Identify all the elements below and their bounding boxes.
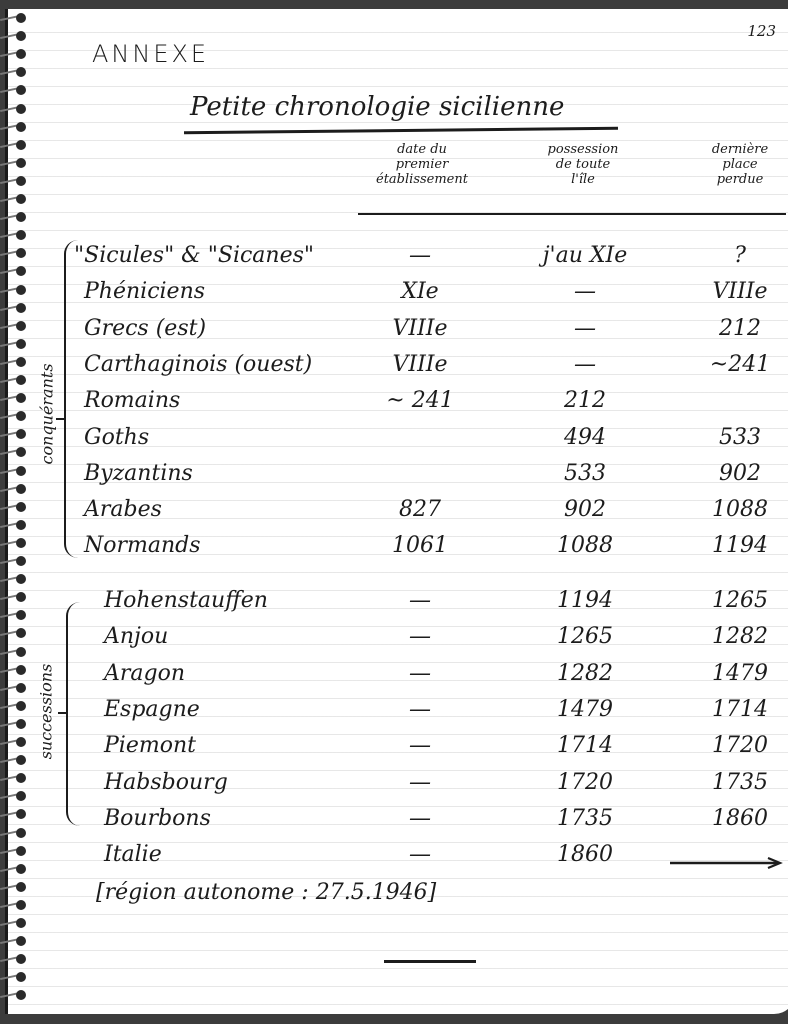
whole-island-date: 1860 <box>530 842 640 867</box>
ruler-name: Romains <box>84 388 180 413</box>
spiral-ring <box>0 139 30 153</box>
whole-island-date: j'au XIe <box>530 243 640 268</box>
table-row: Habsbourg—17201735 <box>0 770 788 806</box>
first-settlement-date: 827 <box>360 497 480 522</box>
last-place-lost-date: 1265 <box>690 588 788 613</box>
spiral-ring <box>0 193 30 207</box>
last-place-lost-date: 1714 <box>690 697 788 722</box>
spiral-ring <box>0 953 30 967</box>
ruler-name: Phéniciens <box>84 279 205 304</box>
page-number: 123 <box>747 22 776 40</box>
spiral-ring <box>0 175 30 189</box>
table-row: Normands106110881194 <box>0 533 788 569</box>
end-rule <box>384 960 476 963</box>
whole-island-date: 1714 <box>530 733 640 758</box>
spiral-ring <box>0 229 30 243</box>
ruler-name: Bourbons <box>104 806 211 831</box>
spiral-ring <box>0 881 30 895</box>
whole-island-date: 1265 <box>530 624 640 649</box>
spiral-ring <box>0 103 30 117</box>
notebook-photo: 123 ANNEXE Petite chronologie sicilienne… <box>0 0 788 1024</box>
spiral-ring <box>0 917 30 931</box>
ruler-name: Anjou <box>104 624 168 649</box>
last-place-lost-date: VIIIe <box>690 279 788 304</box>
spiral-ring <box>0 971 30 985</box>
whole-island-date: 533 <box>530 461 640 486</box>
table-row: "Sicules" & "Sicanes"—j'au XIe? <box>0 243 788 279</box>
last-place-lost-date: 902 <box>690 461 788 486</box>
ruler-name: Goths <box>84 425 149 450</box>
whole-island-date: 212 <box>530 388 640 413</box>
ruler-name: Espagne <box>104 697 200 722</box>
first-settlement-date: — <box>360 624 480 649</box>
first-settlement-date: 1061 <box>360 533 480 558</box>
table-row: Goths494533 <box>0 425 788 461</box>
spiral-ring <box>0 211 30 225</box>
last-place-lost-date: ~241 <box>690 352 788 377</box>
first-settlement-date: — <box>360 243 480 268</box>
spiral-ring <box>0 12 30 26</box>
last-place-lost-date: 1282 <box>690 624 788 649</box>
last-place-lost-date: 1194 <box>690 533 788 558</box>
last-place-lost-date: 533 <box>690 425 788 450</box>
table-row: Grecs (est)VIIIe—212 <box>0 316 788 352</box>
ruler-name: Hohenstauffen <box>104 588 268 613</box>
spiral-ring <box>0 935 30 949</box>
whole-island-date: 1194 <box>530 588 640 613</box>
spiral-ring <box>0 899 30 913</box>
whole-island-date: 1720 <box>530 770 640 795</box>
first-settlement-date: — <box>360 661 480 686</box>
ruler-name: "Sicules" & "Sicanes" <box>74 243 314 268</box>
first-settlement-date: ~ 241 <box>360 388 480 413</box>
first-settlement-date: — <box>360 806 480 831</box>
spiral-ring <box>0 573 30 587</box>
table-row: Piemont—17141720 <box>0 733 788 769</box>
page-title: Petite chronologie sicilienne <box>190 92 564 122</box>
header-underline <box>358 213 786 215</box>
whole-island-date: 494 <box>530 425 640 450</box>
table-row: Espagne—14791714 <box>0 697 788 733</box>
arrow-right-icon <box>668 856 784 870</box>
first-settlement-date: — <box>360 842 480 867</box>
table-row: Carthaginois (ouest)VIIIe—~241 <box>0 352 788 388</box>
ruler-name: Normands <box>84 533 201 558</box>
ruler-name: Carthaginois (ouest) <box>84 352 312 377</box>
last-place-lost-date: 212 <box>690 316 788 341</box>
whole-island-date: 1282 <box>530 661 640 686</box>
spiral-ring <box>0 121 30 135</box>
column-header-first-settlement: date du premier établissement <box>362 142 482 187</box>
ruler-name: Arabes <box>84 497 162 522</box>
last-place-lost-date: 1479 <box>690 661 788 686</box>
ruler-name: Italie <box>104 842 162 867</box>
first-settlement-date: — <box>360 770 480 795</box>
ruler-name: Byzantins <box>84 461 193 486</box>
first-settlement-date: — <box>360 588 480 613</box>
whole-island-date: — <box>530 316 640 341</box>
table-row: Hohenstauffen—11941265 <box>0 588 788 624</box>
whole-island-date: 1479 <box>530 697 640 722</box>
table-row: Romains~ 241212 <box>0 388 788 424</box>
ruler-name: Grecs (est) <box>84 316 206 341</box>
last-place-lost-date: 1720 <box>690 733 788 758</box>
first-settlement-date: VIIIe <box>360 316 480 341</box>
first-settlement-date: — <box>360 697 480 722</box>
first-settlement-date: — <box>360 733 480 758</box>
footnote-autonomous-region: [région autonome : 27.5.1946] <box>96 880 436 905</box>
whole-island-date: — <box>530 352 640 377</box>
ruler-name: Habsbourg <box>104 770 228 795</box>
ruler-name: Aragon <box>104 661 185 686</box>
last-place-lost-date: 1860 <box>690 806 788 831</box>
last-place-lost-date: ? <box>690 243 788 268</box>
spiral-ring <box>0 989 30 1003</box>
whole-island-date: 1088 <box>530 533 640 558</box>
ruler-name: Piemont <box>104 733 196 758</box>
spiral-ring <box>0 30 30 44</box>
column-header-last-place-lost: dernière place perdue <box>692 142 788 187</box>
whole-island-date: — <box>530 279 640 304</box>
table-row: Anjou—12651282 <box>0 624 788 660</box>
table-row: Aragon—12821479 <box>0 661 788 697</box>
last-place-lost-date: 1735 <box>690 770 788 795</box>
first-settlement-date: XIe <box>360 279 480 304</box>
spiral-ring <box>0 66 30 80</box>
table-row: Bourbons—17351860 <box>0 806 788 842</box>
column-header-whole-island: possession de toute l'île <box>528 142 638 187</box>
whole-island-date: 902 <box>530 497 640 522</box>
table-row: Byzantins533902 <box>0 461 788 497</box>
whole-island-date: 1735 <box>530 806 640 831</box>
spiral-ring <box>0 157 30 171</box>
first-settlement-date: VIIIe <box>360 352 480 377</box>
spiral-ring <box>0 84 30 98</box>
annex-heading: ANNEXE <box>92 40 209 68</box>
last-place-lost-date: 1088 <box>690 497 788 522</box>
table-row: PhéniciensXIe—VIIIe <box>0 279 788 315</box>
table-row: Arabes8279021088 <box>0 497 788 533</box>
spiral-ring <box>0 48 30 62</box>
